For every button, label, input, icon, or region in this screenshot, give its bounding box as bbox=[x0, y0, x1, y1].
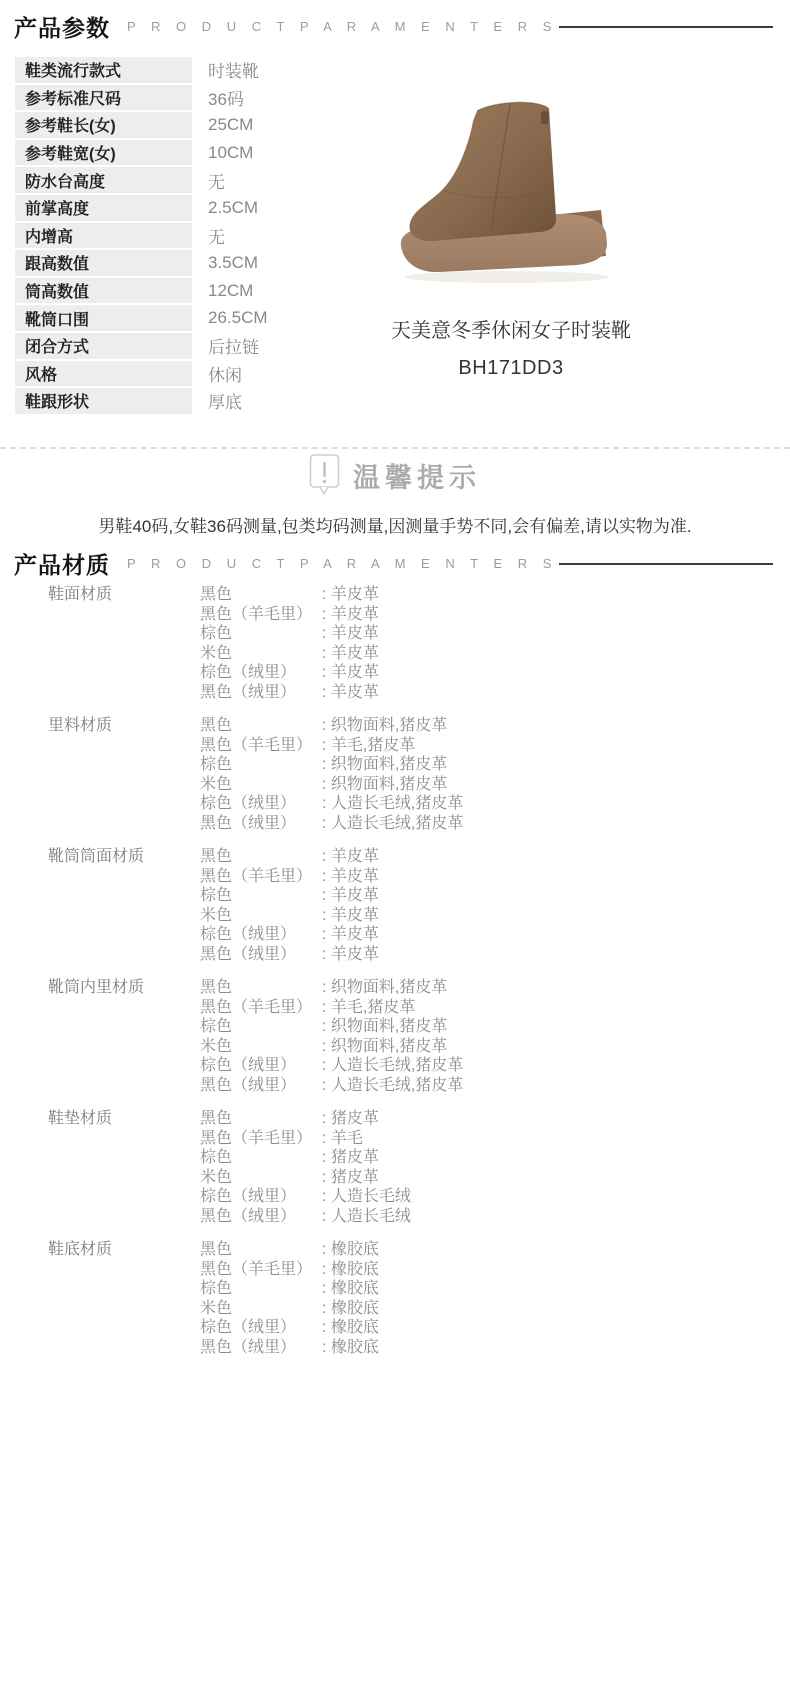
tips-header: 温馨提示 bbox=[0, 452, 790, 496]
color-name: 黑色（羊毛里） bbox=[200, 736, 322, 756]
color-name: 棕色 bbox=[200, 1279, 322, 1299]
color-name: 黑色（羊毛里） bbox=[200, 605, 322, 625]
param-label: 前掌高度 bbox=[15, 195, 192, 221]
material-value: 织物面料,猪皮革 bbox=[322, 716, 447, 736]
material-value: 羊皮革 bbox=[322, 945, 379, 965]
material-value: 橡胶底 bbox=[322, 1240, 379, 1260]
color-name: 棕色（绒里） bbox=[200, 794, 322, 814]
material-section-shaft-surface: 靴筒筒面材质 黑色 羊皮革 黑色（羊毛里） 羊皮革 棕色 羊皮革 bbox=[48, 847, 748, 964]
material-label: 靴筒筒面材质 bbox=[48, 847, 200, 964]
param-label: 靴筒口围 bbox=[15, 305, 192, 331]
color-name: 黑色 bbox=[200, 978, 322, 998]
color-name: 黑色 bbox=[200, 847, 322, 867]
section-subtitle: P R O D U C T P A R A M E N T E R S bbox=[127, 556, 557, 571]
table-row: 靴筒口围 26.5CM bbox=[15, 305, 415, 331]
material-value: 织物面料,猪皮革 bbox=[322, 755, 447, 775]
tips-text: 男鞋40码,女鞋36码测量,包类均码测量,因测量手势不同,会有偏差,请以实物为准… bbox=[0, 512, 790, 537]
table-row: 前掌高度 2.5CM bbox=[15, 195, 415, 221]
material-row: 棕色（绒里） 羊皮革 bbox=[200, 925, 748, 945]
param-value: 25CM bbox=[208, 112, 253, 138]
param-label: 闭合方式 bbox=[15, 333, 192, 359]
material-row: 黑色 织物面料,猪皮革 bbox=[200, 716, 748, 736]
material-row: 黑色（绒里） 人造长毛绒 bbox=[200, 1207, 748, 1227]
table-row: 闭合方式 后拉链 bbox=[15, 333, 415, 359]
boot-product-image bbox=[389, 98, 634, 290]
color-name: 黑色（绒里） bbox=[200, 1207, 322, 1227]
material-row: 黑色（绒里） 橡胶底 bbox=[200, 1338, 748, 1358]
color-name: 黑色 bbox=[200, 716, 322, 736]
material-value: 羊皮革 bbox=[322, 886, 379, 906]
material-value: 人造长毛绒,猪皮革 bbox=[322, 1056, 463, 1076]
material-section-insole: 鞋垫材质 黑色 猪皮革 黑色（羊毛里） 羊毛 棕色 猪皮革 bbox=[48, 1109, 748, 1226]
material-label: 里料材质 bbox=[48, 716, 200, 833]
material-row: 黑色（羊毛里） 羊毛,猪皮革 bbox=[200, 736, 748, 756]
material-row: 米色 猪皮革 bbox=[200, 1168, 748, 1188]
material-section-shaft-lining: 靴筒内里材质 黑色 织物面料,猪皮革 黑色（羊毛里） 羊毛,猪皮革 棕色 bbox=[48, 978, 748, 1095]
color-name: 黑色 bbox=[200, 1109, 322, 1129]
material-row: 黑色 猪皮革 bbox=[200, 1109, 748, 1129]
param-label: 鞋类流行款式 bbox=[15, 57, 192, 83]
param-label: 风格 bbox=[15, 361, 192, 387]
table-row: 参考鞋宽(女) 10CM bbox=[15, 140, 415, 166]
material-row: 黑色 橡胶底 bbox=[200, 1240, 748, 1260]
color-name: 黑色（绒里） bbox=[200, 814, 322, 834]
material-row: 棕色（绒里） 人造长毛绒,猪皮革 bbox=[200, 1056, 748, 1076]
material-value: 织物面料,猪皮革 bbox=[322, 775, 447, 795]
material-row: 黑色（绒里） 人造长毛绒,猪皮革 bbox=[200, 1076, 748, 1096]
section-header-material: 产品材质 P R O D U C T P A R A M E N T E R S bbox=[0, 547, 790, 580]
table-row: 内增高 无 bbox=[15, 223, 415, 249]
param-label: 内增高 bbox=[15, 223, 192, 249]
product-model: BH171DD3 bbox=[365, 357, 657, 380]
param-label: 防水台高度 bbox=[15, 167, 192, 193]
param-label: 参考标准尺码 bbox=[15, 85, 192, 111]
color-name: 棕色（绒里） bbox=[200, 1318, 322, 1338]
table-row: 鞋类流行款式 时装靴 bbox=[15, 57, 415, 83]
material-section-upper: 鞋面材质 黑色 羊皮革 黑色（羊毛里） 羊皮革 棕色 羊皮革 bbox=[48, 585, 748, 702]
table-row: 参考鞋长(女) 25CM bbox=[15, 112, 415, 138]
material-rows: 黑色 猪皮革 黑色（羊毛里） 羊毛 棕色 猪皮革 米色 bbox=[200, 1109, 748, 1226]
table-row: 鞋跟形状 厚底 bbox=[15, 388, 415, 414]
material-value: 羊皮革 bbox=[322, 867, 379, 887]
material-row: 米色 织物面料,猪皮革 bbox=[200, 775, 748, 795]
product-detail-page: 产品参数 P R O D U C T P A R A M E N T E R S… bbox=[0, 0, 790, 1690]
parameter-table: 鞋类流行款式 时装靴 参考标准尺码 36码 参考鞋长(女) 25CM 参考鞋宽(… bbox=[15, 57, 415, 416]
material-row: 黑色（绒里） 羊皮革 bbox=[200, 683, 748, 703]
material-row: 棕色（绒里） 人造长毛绒,猪皮革 bbox=[200, 794, 748, 814]
material-row: 棕色 织物面料,猪皮革 bbox=[200, 1017, 748, 1037]
section-title: 产品材质 bbox=[14, 547, 110, 580]
material-value: 人造长毛绒,猪皮革 bbox=[322, 1076, 463, 1096]
material-row: 黑色（绒里） 羊皮革 bbox=[200, 945, 748, 965]
color-name: 棕色（绒里） bbox=[200, 663, 322, 683]
dashed-divider bbox=[0, 447, 790, 449]
material-value: 人造长毛绒 bbox=[322, 1207, 411, 1227]
section-header-params: 产品参数 P R O D U C T P A R A M E N T E R S bbox=[0, 10, 790, 43]
material-row: 棕色（绒里） 人造长毛绒 bbox=[200, 1187, 748, 1207]
material-label: 鞋垫材质 bbox=[48, 1109, 200, 1226]
material-row: 黑色 织物面料,猪皮革 bbox=[200, 978, 748, 998]
product-name: 天美意冬季休闲女子时装靴 bbox=[365, 314, 657, 343]
table-row: 参考标准尺码 36码 bbox=[15, 85, 415, 111]
param-value: 10CM bbox=[208, 140, 253, 166]
material-row: 黑色（绒里） 人造长毛绒,猪皮革 bbox=[200, 814, 748, 834]
material-value: 羊毛 bbox=[322, 1129, 363, 1149]
param-value: 2.5CM bbox=[208, 195, 258, 221]
color-name: 黑色 bbox=[200, 585, 322, 605]
material-row: 黑色（羊毛里） 羊毛,猪皮革 bbox=[200, 998, 748, 1018]
color-name: 棕色 bbox=[200, 1017, 322, 1037]
color-name: 黑色 bbox=[200, 1240, 322, 1260]
material-row: 米色 羊皮革 bbox=[200, 644, 748, 664]
material-row: 棕色 猪皮革 bbox=[200, 1148, 748, 1168]
material-value: 橡胶底 bbox=[322, 1260, 379, 1280]
material-row: 黑色（羊毛里） 橡胶底 bbox=[200, 1260, 748, 1280]
material-row: 黑色 羊皮革 bbox=[200, 585, 748, 605]
material-row: 棕色 羊皮革 bbox=[200, 886, 748, 906]
material-label: 靴筒内里材质 bbox=[48, 978, 200, 1095]
color-name: 棕色 bbox=[200, 755, 322, 775]
material-value: 人造长毛绒,猪皮革 bbox=[322, 814, 463, 834]
param-value: 12CM bbox=[208, 278, 253, 304]
material-label: 鞋面材质 bbox=[48, 585, 200, 702]
material-value: 羊皮革 bbox=[322, 663, 379, 683]
material-value: 织物面料,猪皮革 bbox=[322, 978, 447, 998]
param-label: 筒高数值 bbox=[15, 278, 192, 304]
material-value: 织物面料,猪皮革 bbox=[322, 1017, 447, 1037]
material-section-lining: 里料材质 黑色 织物面料,猪皮革 黑色（羊毛里） 羊毛,猪皮革 棕色 bbox=[48, 716, 748, 833]
color-name: 米色 bbox=[200, 906, 322, 926]
material-value: 织物面料,猪皮革 bbox=[322, 1037, 447, 1057]
color-name: 黑色（绒里） bbox=[200, 683, 322, 703]
material-rows: 黑色 橡胶底 黑色（羊毛里） 橡胶底 棕色 橡胶底 米色 bbox=[200, 1240, 748, 1357]
material-value: 羊毛,猪皮革 bbox=[322, 736, 415, 756]
material-value: 羊皮革 bbox=[322, 585, 379, 605]
param-label: 跟高数值 bbox=[15, 250, 192, 276]
material-row: 黑色（羊毛里） 羊皮革 bbox=[200, 867, 748, 887]
section-subtitle: P R O D U C T P A R A M E N T E R S bbox=[127, 19, 557, 34]
param-value: 26.5CM bbox=[208, 305, 268, 331]
material-value: 羊皮革 bbox=[322, 644, 379, 664]
material-value: 猪皮革 bbox=[322, 1168, 379, 1188]
material-row: 棕色（绒里） 羊皮革 bbox=[200, 663, 748, 683]
material-value: 羊皮革 bbox=[322, 605, 379, 625]
product-figure: 天美意冬季休闲女子时装靴 BH171DD3 bbox=[365, 98, 657, 380]
material-label: 鞋底材质 bbox=[48, 1240, 200, 1357]
material-value: 羊皮革 bbox=[322, 847, 379, 867]
material-section-outsole: 鞋底材质 黑色 橡胶底 黑色（羊毛里） 橡胶底 棕色 橡胶底 bbox=[48, 1240, 748, 1357]
material-value: 羊皮革 bbox=[322, 906, 379, 926]
tips-title: 温馨提示 bbox=[353, 456, 481, 495]
color-name: 米色 bbox=[200, 1168, 322, 1188]
material-row: 米色 橡胶底 bbox=[200, 1299, 748, 1319]
color-name: 米色 bbox=[200, 1037, 322, 1057]
color-name: 棕色（绒里） bbox=[200, 925, 322, 945]
material-row: 棕色 橡胶底 bbox=[200, 1279, 748, 1299]
material-row: 米色 织物面料,猪皮革 bbox=[200, 1037, 748, 1057]
material-value: 猪皮革 bbox=[322, 1148, 379, 1168]
header-rule bbox=[559, 26, 773, 28]
material-value: 猪皮革 bbox=[322, 1109, 379, 1129]
color-name: 黑色（羊毛里） bbox=[200, 998, 322, 1018]
material-row: 棕色 织物面料,猪皮革 bbox=[200, 755, 748, 775]
material-rows: 黑色 织物面料,猪皮革 黑色（羊毛里） 羊毛,猪皮革 棕色 织物面料,猪皮革 bbox=[200, 978, 748, 1095]
color-name: 棕色 bbox=[200, 886, 322, 906]
color-name: 棕色 bbox=[200, 624, 322, 644]
param-value: 3.5CM bbox=[208, 250, 258, 276]
material-value: 羊毛,猪皮革 bbox=[322, 998, 415, 1018]
material-value: 人造长毛绒 bbox=[322, 1187, 411, 1207]
material-row: 米色 羊皮革 bbox=[200, 906, 748, 926]
color-name: 棕色（绒里） bbox=[200, 1056, 322, 1076]
param-value: 后拉链 bbox=[208, 333, 259, 359]
param-value: 休闲 bbox=[208, 361, 242, 387]
material-row: 棕色 羊皮革 bbox=[200, 624, 748, 644]
exclamation-bubble-icon bbox=[309, 452, 340, 496]
param-value: 无 bbox=[208, 167, 225, 193]
material-value: 橡胶底 bbox=[322, 1338, 379, 1358]
param-label: 参考鞋长(女) bbox=[15, 112, 192, 138]
color-name: 棕色 bbox=[200, 1148, 322, 1168]
material-rows: 黑色 羊皮革 黑色（羊毛里） 羊皮革 棕色 羊皮革 米色 bbox=[200, 585, 748, 702]
table-row: 跟高数值 3.5CM bbox=[15, 250, 415, 276]
param-value: 36码 bbox=[208, 85, 244, 111]
color-name: 米色 bbox=[200, 644, 322, 664]
material-value: 人造长毛绒,猪皮革 bbox=[322, 794, 463, 814]
table-row: 防水台高度 无 bbox=[15, 167, 415, 193]
material-rows: 黑色 织物面料,猪皮革 黑色（羊毛里） 羊毛,猪皮革 棕色 织物面料,猪皮革 bbox=[200, 716, 748, 833]
table-row: 筒高数值 12CM bbox=[15, 278, 415, 304]
material-value: 羊皮革 bbox=[322, 683, 379, 703]
color-name: 黑色（羊毛里） bbox=[200, 1260, 322, 1280]
material-row: 黑色（羊毛里） 羊毛 bbox=[200, 1129, 748, 1149]
material-value: 橡胶底 bbox=[322, 1318, 379, 1338]
param-label: 参考鞋宽(女) bbox=[15, 140, 192, 166]
param-value: 厚底 bbox=[208, 388, 242, 414]
param-label: 鞋跟形状 bbox=[15, 388, 192, 414]
color-name: 米色 bbox=[200, 775, 322, 795]
color-name: 棕色（绒里） bbox=[200, 1187, 322, 1207]
material-row: 黑色（羊毛里） 羊皮革 bbox=[200, 605, 748, 625]
material-value: 橡胶底 bbox=[322, 1279, 379, 1299]
material-value: 橡胶底 bbox=[322, 1299, 379, 1319]
color-name: 黑色（羊毛里） bbox=[200, 867, 322, 887]
material-row: 棕色（绒里） 橡胶底 bbox=[200, 1318, 748, 1338]
material-value: 羊皮革 bbox=[322, 624, 379, 644]
header-rule bbox=[559, 563, 773, 565]
param-value: 时装靴 bbox=[208, 57, 259, 83]
color-name: 黑色（绒里） bbox=[200, 945, 322, 965]
color-name: 黑色（绒里） bbox=[200, 1076, 322, 1096]
materials-list: 鞋面材质 黑色 羊皮革 黑色（羊毛里） 羊皮革 棕色 羊皮革 bbox=[48, 585, 748, 1371]
section-title: 产品参数 bbox=[14, 10, 110, 43]
table-row: 风格 休闲 bbox=[15, 361, 415, 387]
material-rows: 黑色 羊皮革 黑色（羊毛里） 羊皮革 棕色 羊皮革 米色 bbox=[200, 847, 748, 964]
material-value: 羊皮革 bbox=[322, 925, 379, 945]
color-name: 黑色（绒里） bbox=[200, 1338, 322, 1358]
param-value: 无 bbox=[208, 223, 225, 249]
color-name: 米色 bbox=[200, 1299, 322, 1319]
material-row: 黑色 羊皮革 bbox=[200, 847, 748, 867]
color-name: 黑色（羊毛里） bbox=[200, 1129, 322, 1149]
